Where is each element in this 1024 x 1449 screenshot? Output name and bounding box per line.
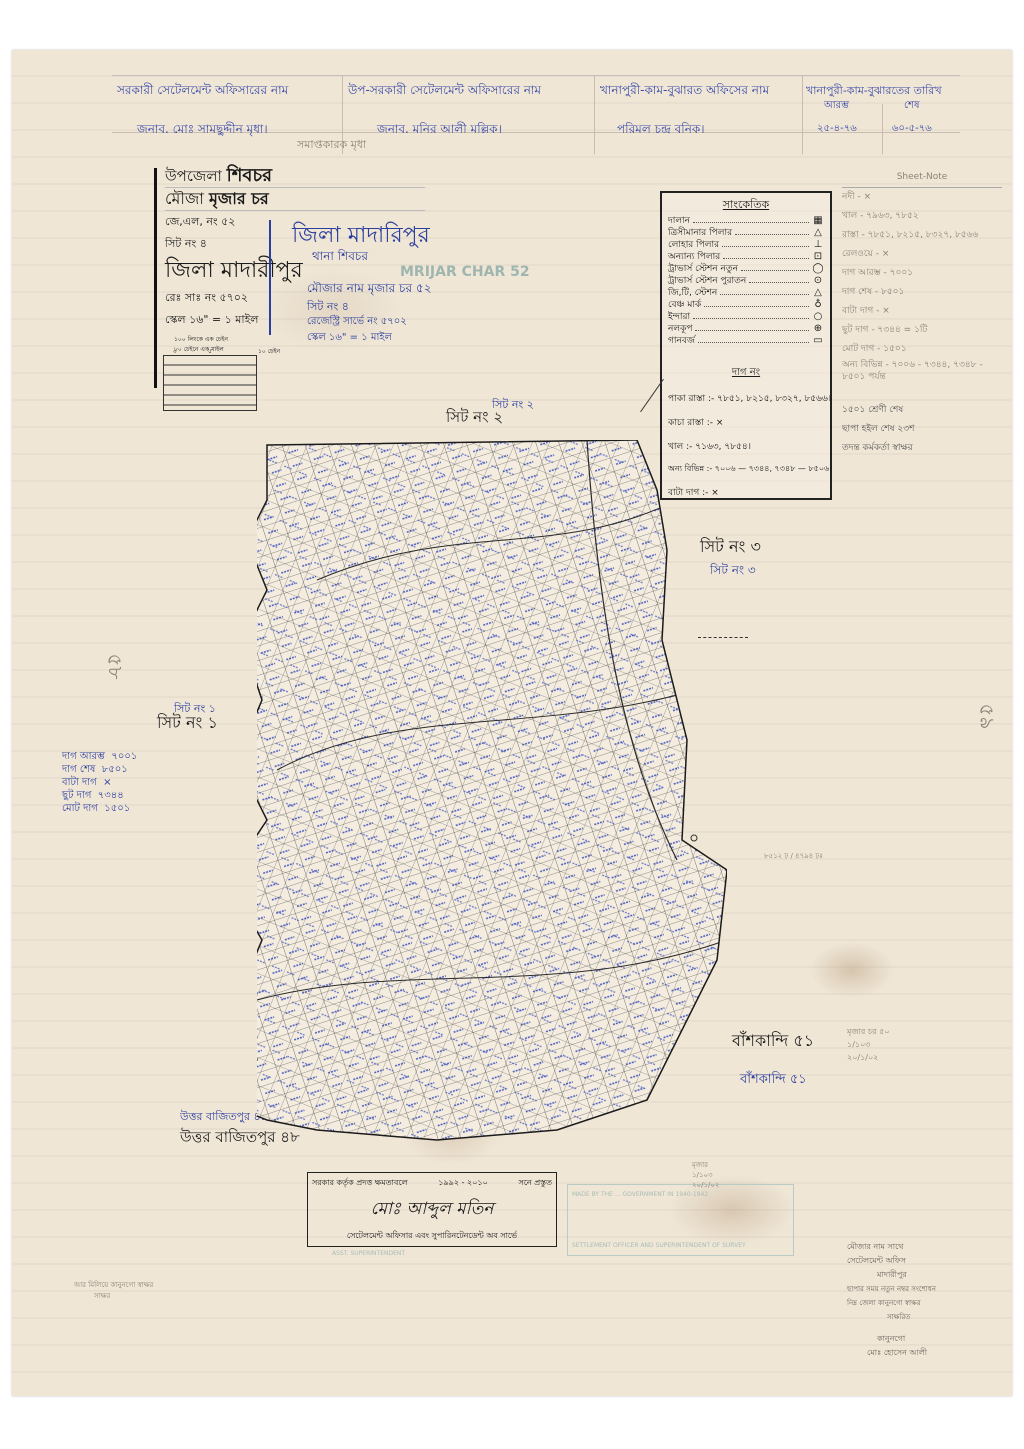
legend-item: লোহার পিলার⊥ xyxy=(662,239,830,251)
khanapuri-officer-name: পরিমল চন্দ্র বনিক। xyxy=(617,121,705,141)
label-banshkandi: বাঁশকান্দি ৫১ xyxy=(732,1028,814,1055)
pencil-note: ১/১০৩ xyxy=(692,1170,719,1180)
traverse-station-icon xyxy=(691,835,697,841)
dag-summary-value: ৭৩৪৪ xyxy=(98,790,124,801)
cadastral-map-sheet: সরকারী সেটেলমেন্ট অফিসারের নাম উপ-সরকারী… xyxy=(12,50,1012,1396)
sheet-note-line: দাগ আরম্ভ - ৭০০১ xyxy=(842,264,1002,283)
legend-label: জি,টি, স্টেশন xyxy=(668,287,717,299)
faded-stamp: MADE BY THE ... GOVERNMENT IN 1940-1942 … xyxy=(567,1184,794,1256)
pencil-note: সাক্ষরিত xyxy=(847,1310,936,1324)
sheet-note-line: নদী - × xyxy=(842,188,1002,207)
pencil-note-header: সমাপ্তকারক মৃধা xyxy=(297,136,366,155)
sheet-note: Sheet-Note নদী - × খাল - ৭৯৬৩, ৭৮৫২ রাস্… xyxy=(842,168,1002,458)
legend-label: ট্রাভার্স স্টেশন পুরাতন xyxy=(668,275,746,287)
certificate-line-1: সরকার কর্তৃক প্রদত্ত ক্ষমতাবলে ১৯৯২ - ২০… xyxy=(308,1173,556,1190)
legend-item: ট্রাভার্স স্টেশন নতুন◯ xyxy=(662,263,830,275)
dag-summary-label: মোট দাগ xyxy=(62,803,98,814)
header-label-khanapuri-officer: খানাপুরী-কাম-বুঝারত অফিসের নাম xyxy=(600,82,769,102)
khanapuri-start-date: ২৫-৪-৭৬ xyxy=(817,121,857,138)
certificate-signature: মোঃ আব্দুল মতিন xyxy=(308,1196,556,1224)
legend-label: অন্যান্য পিলার xyxy=(668,251,720,263)
dag-summary-value: ১৫০১ xyxy=(104,803,130,814)
pencil-note: মৌজার নাম সাথে xyxy=(847,1240,936,1254)
sheet-note-title: Sheet-Note xyxy=(842,168,1002,188)
dag-title: দাগ নং xyxy=(662,365,830,382)
well-icon: ○ xyxy=(812,311,824,323)
legend-label: লোহার পিলার xyxy=(668,239,719,251)
legend-label: ত্রিসীমানার পিলার xyxy=(668,227,732,239)
dag-row: পাকা রাস্তা :- ৭৮৫১, ৮২১৫, ৮৩২৭, ৮৫৬৬। xyxy=(662,391,830,406)
dag-value: :- × xyxy=(707,418,724,428)
legend-item: অন্যান্য পিলার⊡ xyxy=(662,251,830,263)
certificate-years: ১৯৯২ - ২০১০ xyxy=(438,1177,488,1190)
sheet-note-line: রাস্তা - ৭৮৫১, ৮২১৫, ৮৩২৭, ৮৫৬৬ xyxy=(842,226,1002,245)
certificate-authority: সরকার কর্তৃক প্রদত্ত ক্ষমতাবলে xyxy=(312,1177,408,1190)
dag-summary-label: দাগ শেষ xyxy=(62,764,95,775)
certificate-title: সেটেলমেন্ট অফিসার এবং সুপারিনটেনডেন্ট অব… xyxy=(308,1230,556,1243)
faded-stamp-line: SETTLEMENT OFFICER AND SUPERINTENDENT OF… xyxy=(572,1242,746,1249)
sheet-note-line: ছাপা হইল শেষ ২৩শ xyxy=(842,420,1002,439)
legend-item: গানবর্জ▭ xyxy=(662,335,830,347)
header-table: সরকারী সেটেলমেন্ট অফিসারের নাম উপ-সরকারী… xyxy=(112,75,960,154)
sheet-note-line: বাটা দাগ - × xyxy=(842,302,1002,321)
iron-pillar-icon: ⊥ xyxy=(812,239,824,251)
label-sheet-north-blue: সিট নং ২ xyxy=(492,396,534,415)
legend-item: বেঞ্চ মার্ক♁ xyxy=(662,299,830,311)
dag-summary-row: দাগ আরম্ভ ৭০০১ xyxy=(62,750,137,763)
pencil-note: মোঃ হোসেন আলী xyxy=(847,1346,936,1360)
scale-note-links: ১০০ লিংকে এক চেইন xyxy=(174,335,228,345)
stamp-scale: স্কেল ১৬" = ১ মাইল xyxy=(307,330,392,347)
pencil-note: মৃজার চর ৫০ xyxy=(847,1025,890,1038)
pencil-note: সেটেলমেন্ট অফিস xyxy=(847,1254,936,1268)
building-icon: ▦ xyxy=(812,215,824,227)
stamp-english: MRIJAR CHAR 52 xyxy=(400,264,530,280)
faded-stamp-asst: ASST. SUPERINTENDENT xyxy=(332,1250,405,1257)
pencil-note: ২০/১/০২ xyxy=(847,1051,890,1064)
pencil-note: সাক্ষর xyxy=(74,1291,153,1302)
faded-stamp-line: MADE BY THE ... GOVERNMENT IN 1940-1942 xyxy=(572,1191,789,1198)
label-sheet-west-blue: সিট নং ১ xyxy=(174,700,216,719)
dag-summary-label: ছুট দাগ xyxy=(62,790,91,801)
header-label-settlement-officer: সরকারী সেটেলমেন্ট অফিসারের নাম xyxy=(117,82,288,102)
traverse-station-new-icon: ◯ xyxy=(812,263,824,275)
diagonal-scale xyxy=(163,355,257,411)
legend-items: দালান▦ ত্রিসীমানার পিলার△ লোহার পিলার⊥ অ… xyxy=(662,215,830,347)
map-annotation: ৮৫১২ ঢ় / ৪৭৯৪ ঢ়ঃ xyxy=(764,850,834,862)
header-label-asst-officer: উপ-সরকারী সেটেলমেন্ট অফিসারের নাম xyxy=(348,82,541,102)
parcel-map xyxy=(257,440,727,1160)
pencil-note: ২০/১/০২ xyxy=(692,1180,719,1190)
sheet-note-line: রেলওয়ে - × xyxy=(842,245,1002,264)
sheet-note-line: ১৫০১ শ্রেণী শেষ xyxy=(842,401,1002,420)
gun-tower-icon: ▭ xyxy=(812,335,824,347)
asst-officer-name: জনাব. মনির আলী মল্লিক। xyxy=(377,121,502,141)
scale-note-chains: ৮০ চেইনে এক মাইল xyxy=(174,345,228,355)
legend-item: ট্রাভার্স স্টেশন পুরাতন⊙ xyxy=(662,275,830,287)
sheet-note-line: মোট দাগ - ১৫০১ xyxy=(842,340,1002,359)
stamp-bracket xyxy=(269,220,271,335)
dag-summary-value: × xyxy=(103,777,111,788)
legend-title: সাংকেতিক xyxy=(662,196,830,215)
pencil-notes-near-stamp: মৃজার ১/১০৩ ২০/১/০২ xyxy=(692,1160,719,1190)
pencil-note: আর মিলিয়ে কানুনগো স্বাক্ষর xyxy=(74,1280,153,1291)
tubewell-icon: ⊕ xyxy=(812,323,824,335)
sheet-note-line: তদন্ত কর্মকর্তা স্বাক্ষর xyxy=(842,439,1002,458)
sheet-note-line: দাগ শেষ - ৮৫০১ xyxy=(842,283,1002,302)
pencil-note: কানুনগো xyxy=(847,1332,936,1346)
dag-label: কাচা রাস্তা xyxy=(668,418,704,428)
stamp-mouza: মৌজার নাম মৃজার চর ৫২ xyxy=(307,280,432,300)
header-sublabel-start: আরম্ভ xyxy=(824,98,849,115)
legend-item: ইন্দারা○ xyxy=(662,311,830,323)
header-sublabel-end: শেষ xyxy=(904,98,920,115)
scale-tick-5: ৫ xyxy=(208,346,212,357)
dag-summary-label: দাগ আরম্ভ xyxy=(62,751,105,762)
dag-label: পাকা রাস্তা xyxy=(668,394,705,404)
stamp-thana: থানা শিবচর xyxy=(312,248,368,268)
scale-tick-10: ১০ চেইন xyxy=(258,346,280,357)
stamp-reg: রেজেস্ট্রি সার্ভে নং ৫৭০২ xyxy=(307,314,407,331)
dag-summary-value: ৭০০১ xyxy=(111,751,137,762)
dag-summary-row: দাগ শেষ ৮৫০১ xyxy=(62,763,137,776)
mouza-value: মৃজার চর xyxy=(209,189,269,208)
legend-label: দালান xyxy=(668,215,690,227)
pencil-notes-bottom-right: মৌজার নাম সাথে সেটেলমেন্ট অফিস মাদারীপুর… xyxy=(847,1240,936,1360)
pencil-note: নিম্ন জেলা কানুনগো স্বাক্ষর xyxy=(847,1296,936,1310)
dag-value: :- ৭৮৫১, ৮২১৫, ৮৩২৭, ৮৫৬৬। xyxy=(708,394,831,404)
dag-row: কাচা রাস্তা :- × xyxy=(662,415,830,430)
legend-label: ট্রাভার্স স্টেশন নতুন xyxy=(668,263,738,275)
margin-number-left: ৫৮ xyxy=(96,654,129,680)
margin-number-right: ৫৯ xyxy=(968,704,1001,730)
dag-summary-label: বাটা দাগ xyxy=(62,777,97,788)
dag-summary-row: মোট দাগ ১৫০১ xyxy=(62,802,137,815)
certificate-box: সরকার কর্তৃক প্রদত্ত ক্ষমতাবলে ১৯৯২ - ২০… xyxy=(307,1172,557,1247)
dag-summary-row: ছুট দাগ ৭৩৪৪ xyxy=(62,789,137,802)
legend-label: ইন্দারা xyxy=(668,311,690,323)
boundary-tick xyxy=(698,637,748,638)
sheet-note-line: অন্য বিভিন্ন - ৭০০৬ - ৭৩৪৪, ৭৩৪৮ - ৮৫০১ … xyxy=(842,359,1002,383)
legend-label: বেঞ্চ মার্ক xyxy=(668,299,701,311)
mouza-label: মৌজা xyxy=(165,189,204,208)
upazila-value: শিবচর xyxy=(227,165,272,186)
upazila-label: উপজেলা xyxy=(165,167,222,185)
other-pillar-icon: ⊡ xyxy=(812,251,824,263)
pencil-note: মৃজার xyxy=(692,1160,719,1170)
settlement-officer-name: জনাব. মোঃ সামছুদ্দীন মৃধা। xyxy=(137,121,268,141)
legend-label: নলকূপ xyxy=(668,323,692,335)
legend-label: গানবর্জ xyxy=(668,335,695,347)
dag-summary: দাগ আরম্ভ ৭০০১ দাগ শেষ ৮৫০১ বাটা দাগ × ছ… xyxy=(62,750,137,815)
sheet-note-line: ছুট দাগ - ৭৩৪৪ = ১টি xyxy=(842,321,1002,340)
certificate-prepared: সনে প্রস্তুত xyxy=(518,1177,552,1190)
legend-item: দালান▦ xyxy=(662,215,830,227)
gt-station-icon: △ xyxy=(812,287,824,299)
bench-mark-icon: ♁ xyxy=(812,299,824,311)
tri-junction-pillar-icon: △ xyxy=(812,227,824,239)
traverse-station-old-icon: ⊙ xyxy=(812,275,824,287)
legend-item: ত্রিসীমানার পিলার△ xyxy=(662,227,830,239)
pencil-note: ১/১০৩ xyxy=(847,1038,890,1051)
scale-tick-0: ০ xyxy=(173,346,177,357)
sheet-note-line: খাল - ৭৯৬৩, ৭৮৫২ xyxy=(842,207,1002,226)
pencil-note: ছাপার সময় নতুন নম্বর সংশোধন xyxy=(847,1282,936,1296)
legend-item: নলকূপ⊕ xyxy=(662,323,830,335)
pencil-notes-southeast: মৃজার চর ৫০ ১/১০৩ ২০/১/০২ xyxy=(847,1025,890,1064)
pencil-note: মাদারীপুর xyxy=(847,1268,936,1282)
pencil-notes-bottom-left: আর মিলিয়ে কানুনগো স্বাক্ষর সাক্ষর xyxy=(74,1280,153,1302)
label-banshkandi-blue: বাঁশকান্দি ৫১ xyxy=(740,1070,807,1091)
dag-summary-value: ৮৫০১ xyxy=(102,764,128,775)
scale-notes: ১০০ লিংকে এক চেইন ৮০ চেইনে এক মাইল xyxy=(174,335,228,355)
dag-summary-row: বাটা দাগ × xyxy=(62,776,137,789)
khanapuri-end-date: ৬০-৫-৭৬ xyxy=(892,121,932,138)
legend-item: জি,টি, স্টেশন△ xyxy=(662,287,830,299)
label-uttar-bajitpur-blue: উত্তর বাজিতপুর ৪৮ xyxy=(180,1108,268,1127)
